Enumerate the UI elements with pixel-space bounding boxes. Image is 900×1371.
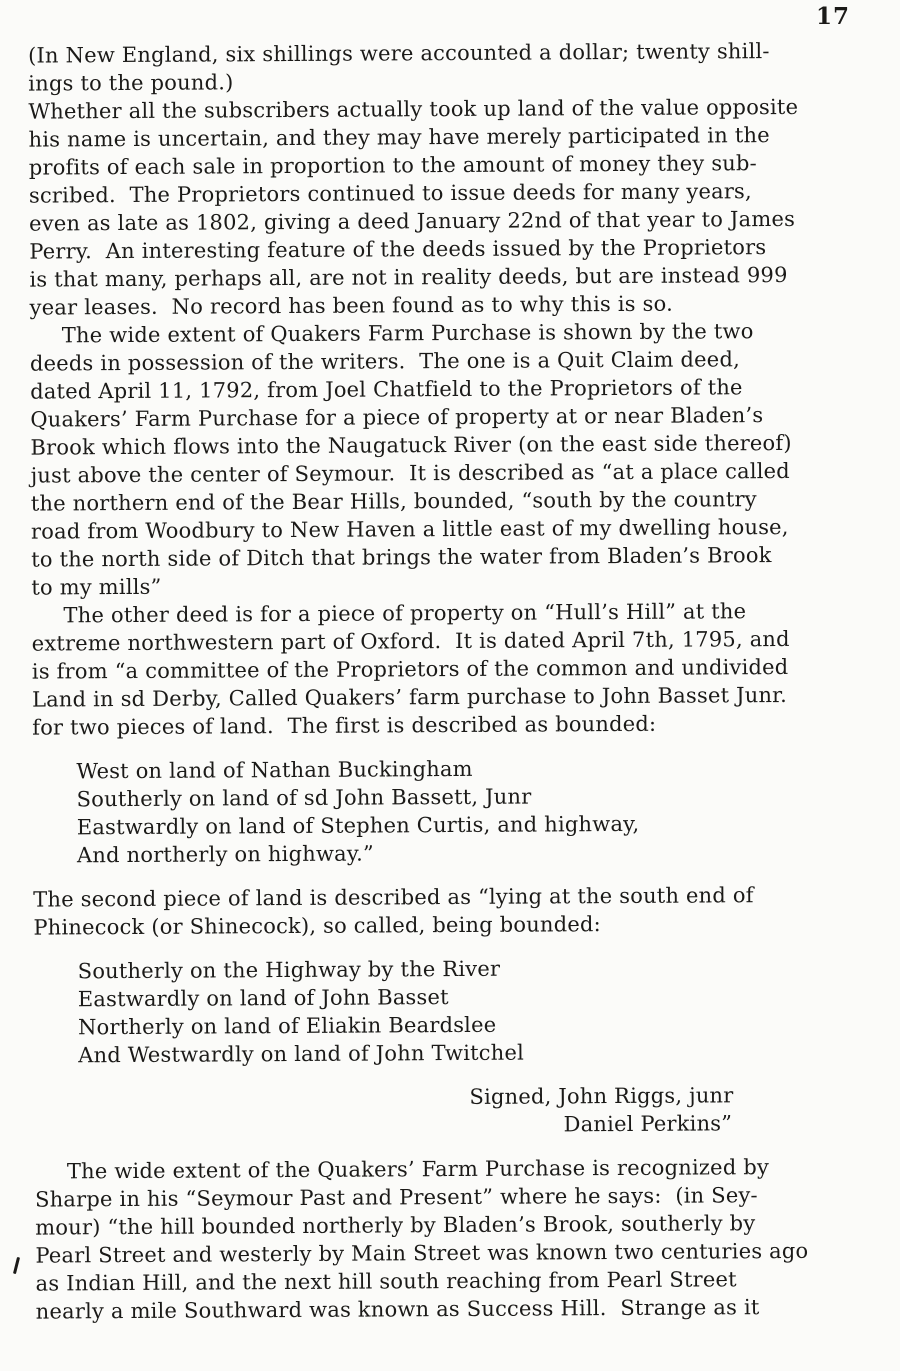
text-line: Daniel Perkins”: [35, 1108, 885, 1141]
text-line: to the north side of Ditch that brings t…: [31, 540, 881, 573]
text-line: is that many, perhaps all, are not in re…: [29, 260, 879, 293]
text-line: (In New England, six shillings were acco…: [28, 36, 878, 69]
text-line: for two pieces of land. The first is des…: [32, 708, 882, 741]
text-line: The wide extent of Quakers Farm Purchase…: [30, 316, 880, 349]
text-line: Sharpe in his “Seymour Past and Present”…: [35, 1180, 885, 1213]
scan-artifact-ink-mark: [13, 1257, 20, 1274]
text-line: nearly a mile Southward was known as Suc…: [36, 1292, 886, 1325]
scanned-book-page: 17 (In New England, six shillings were a…: [0, 0, 900, 1371]
text-line: And Westwardly on land of John Twitchel: [34, 1036, 884, 1069]
text-line: Phinecock (or Shinecock), so called, bei…: [33, 908, 883, 941]
page-body: (In New England, six shillings were acco…: [28, 36, 886, 1325]
text-line: Pearl Street and westerly by Main Street…: [35, 1236, 885, 1269]
text-line: Land in sd Derby, Called Quakers’ farm p…: [32, 680, 882, 713]
text-line: And northerly on highway.”: [33, 836, 883, 869]
page-number: 17: [816, 3, 850, 30]
